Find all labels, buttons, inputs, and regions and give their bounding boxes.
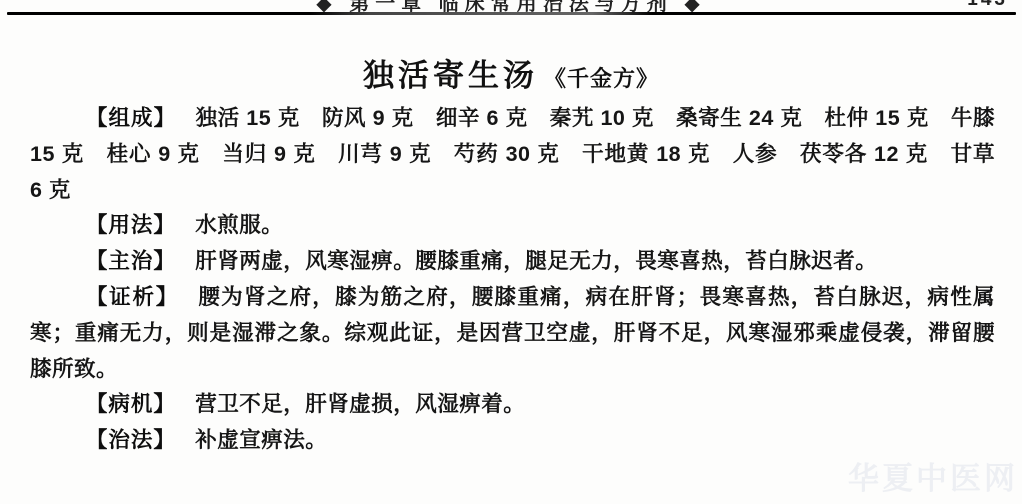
formula-title: 独活寄生汤: [363, 58, 538, 93]
formula-source-citation: 《千金方》: [544, 66, 659, 91]
section-label-indications: 【主治】: [86, 249, 176, 273]
section-indications: 【主治】肝肾两虚，风寒湿痹。腰膝重痛，腿足无力，畏寒喜热，苔白脉迟者。: [30, 244, 995, 280]
section-text-indications: 肝肾两虚，风寒湿痹。腰膝重痛，腿足无力，畏寒喜热，苔白脉迟者。: [195, 249, 877, 273]
page-number: 143: [967, 0, 1008, 11]
section-label-analysis: 【证析】: [86, 285, 179, 309]
section-label-composition: 【组成】: [86, 106, 176, 130]
formula-body: 【组成】独活 15 克 防风 9 克 细辛 6 克 秦艽 10 克 桑寄生 24…: [30, 101, 995, 504]
header-divider-rule: [7, 12, 1016, 15]
section-text-usage: 水煎服。: [195, 213, 283, 237]
formula-title-block: 独活寄生汤《千金方》: [0, 50, 1022, 95]
section-composition: 【组成】独活 15 克 防风 9 克 细辛 6 克 秦艽 10 克 桑寄生 24…: [30, 101, 995, 208]
section-pathogenesis: 【病机】营卫不足，肝肾虚损，风湿痹着。: [30, 387, 995, 423]
scanned-book-page: ◆ 第一章 临床常用治法与方剂 ◆ 143 独活寄生汤《千金方》 【组成】独活 …: [0, 0, 1022, 504]
section-label-pathogenesis: 【病机】: [86, 392, 176, 416]
section-text-pathogenesis: 营卫不足，肝肾虚损，风湿痹着。: [195, 392, 525, 416]
section-label-usage: 【用法】: [86, 213, 176, 237]
section-label-treatment-method: 【治法】: [86, 428, 176, 452]
section-text-treatment-method: 补虚宣痹法。: [195, 428, 327, 452]
running-header: ◆ 第一章 临床常用治法与方剂 ◆ 143: [0, 0, 1022, 12]
section-analysis: 【证析】腰为肾之府，膝为筋之府，腰膝重痛，病在肝肾；畏寒喜热，苔白脉迟，病性属寒…: [30, 280, 995, 387]
section-usage: 【用法】水煎服。: [30, 208, 995, 244]
site-watermark: 华夏中医网: [848, 453, 1018, 498]
running-header-title-fragment: ◆ 第一章 临床常用治法与方剂 ◆: [0, 0, 1022, 12]
